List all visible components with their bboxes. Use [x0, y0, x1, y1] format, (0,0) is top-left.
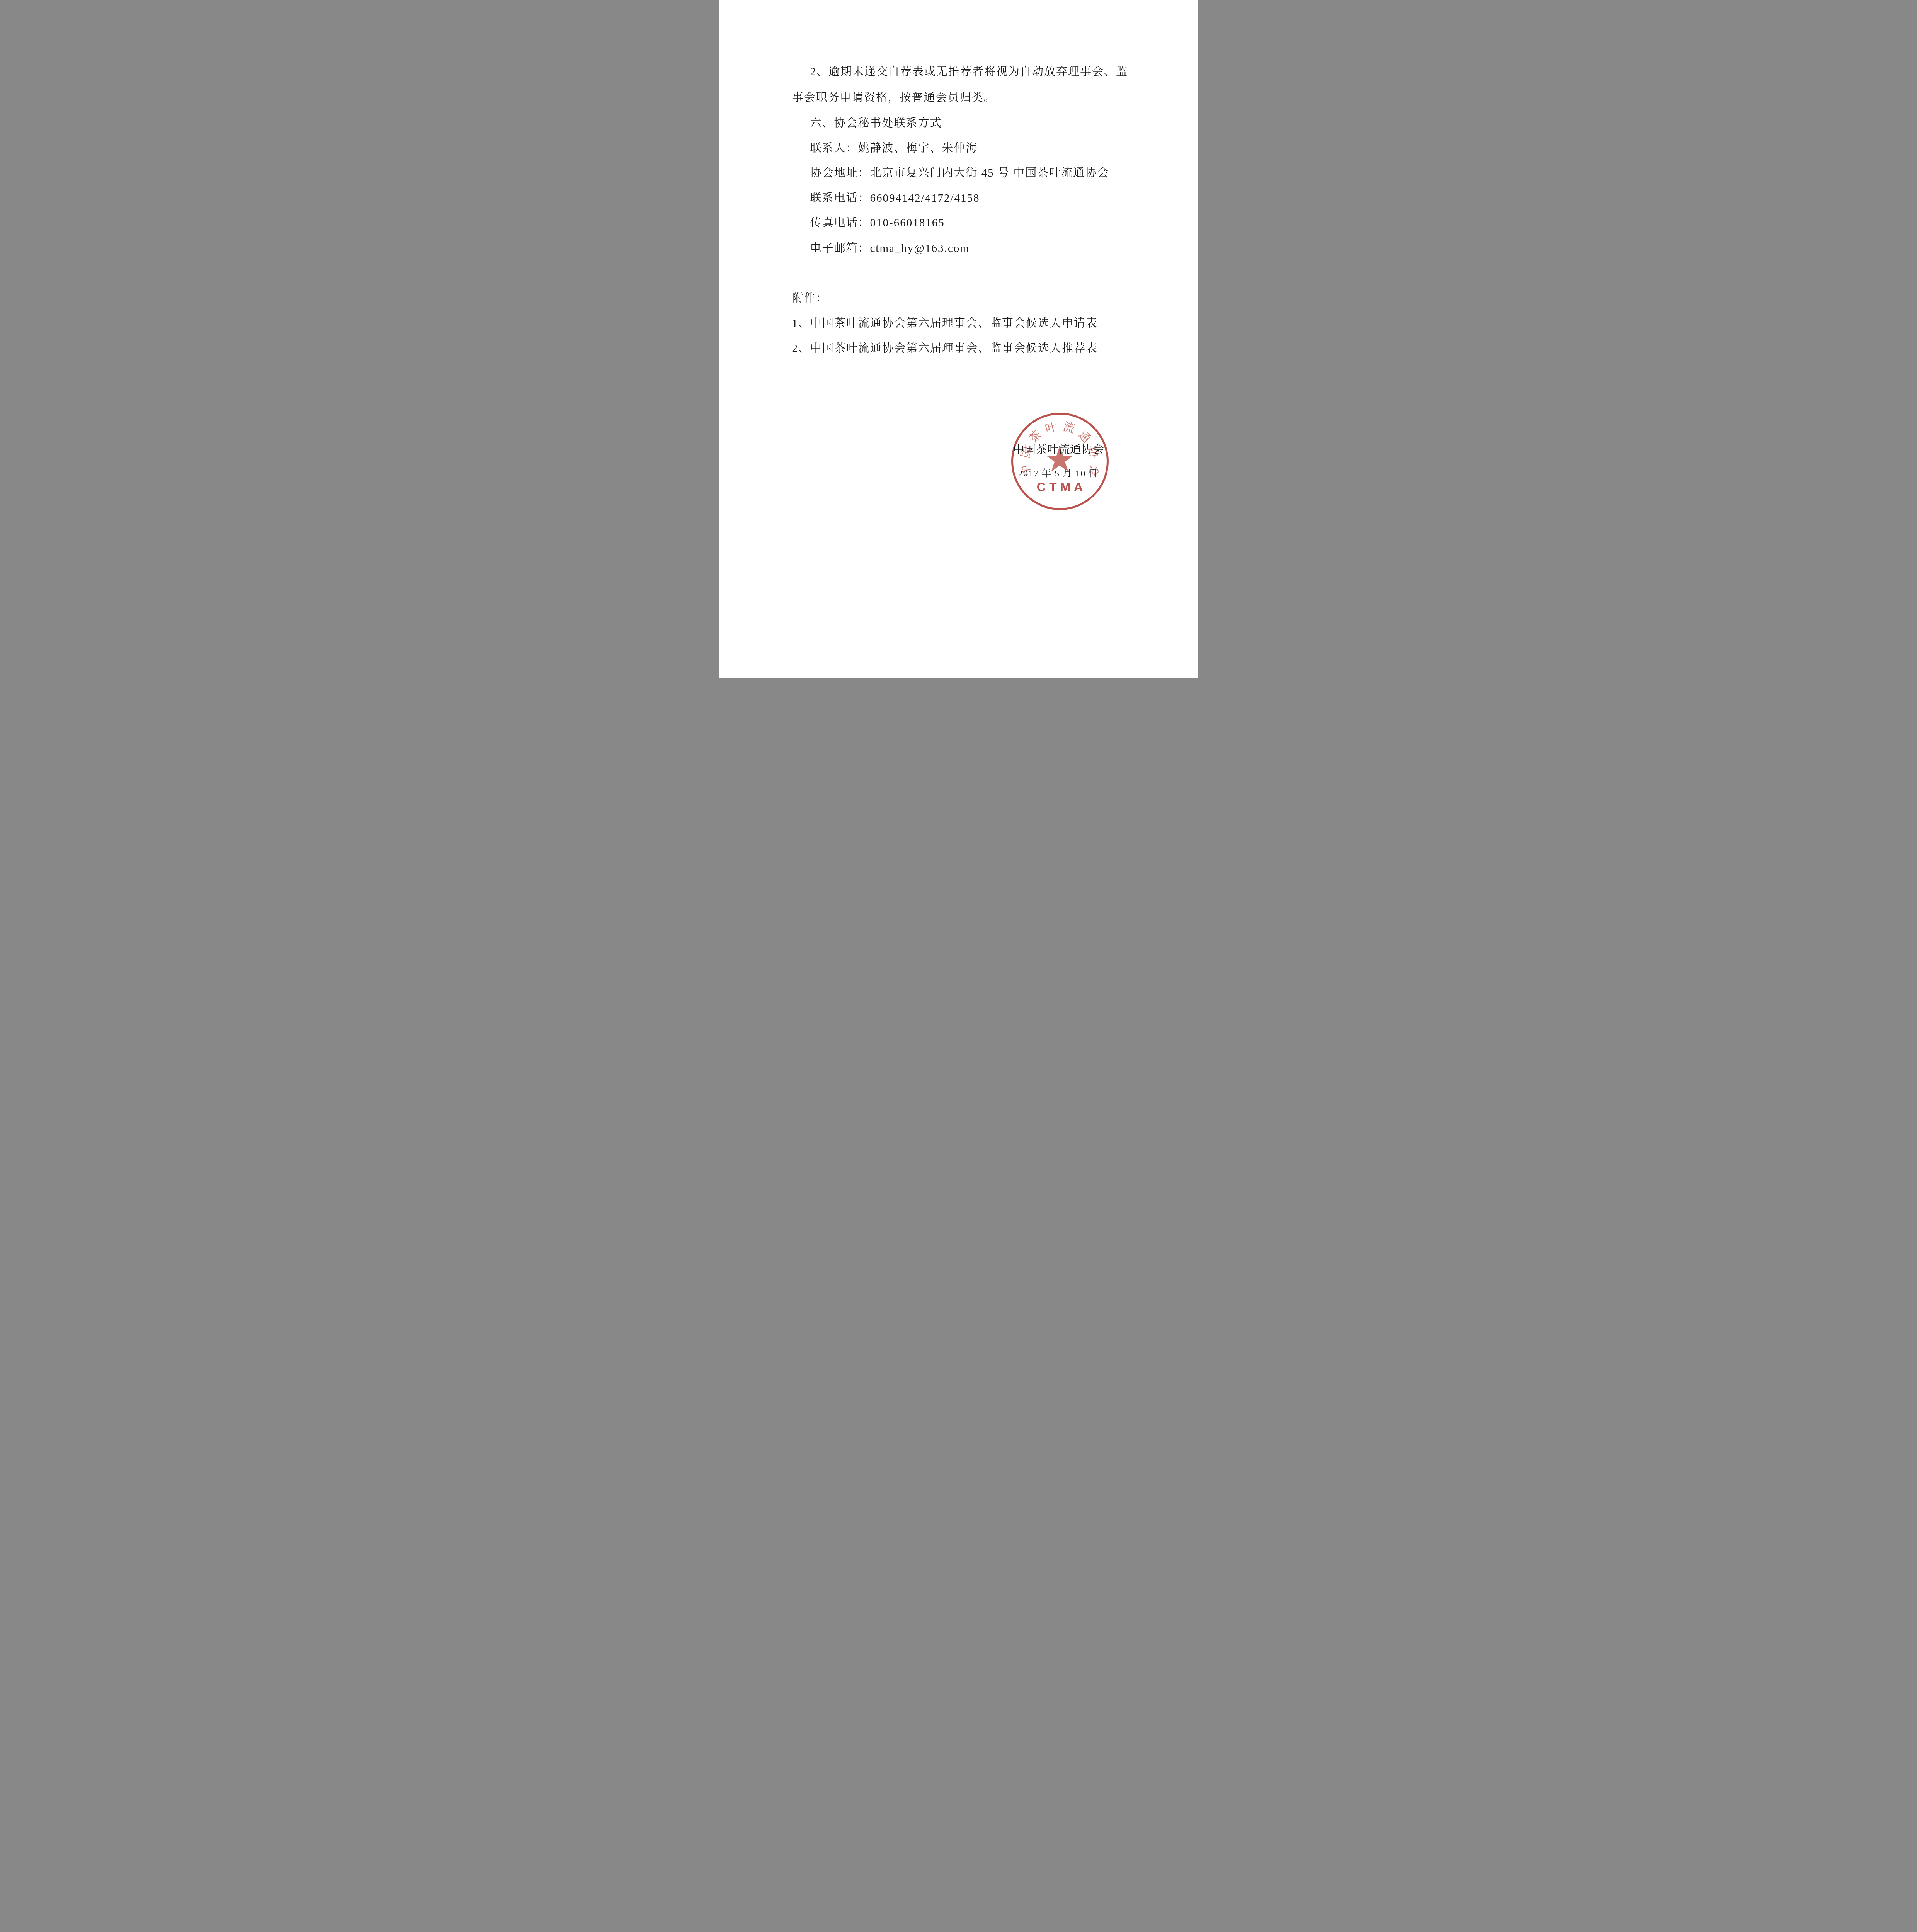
body-paragraph-line-1: 2、逾期未递交自荐表或无推荐者将视为自动放弃理事会、监: [810, 66, 1128, 78]
attachment-item-2: 2、中国茶叶流通协会第六届理事会、监事会候选人推荐表: [792, 342, 1098, 355]
signature-org-name: 中国茶叶流通协会: [1013, 444, 1104, 456]
attachments-heading: 附件：: [792, 292, 828, 305]
seal-arc-char: 通: [1075, 426, 1095, 446]
contact-person-line: 联系人：姚静波、梅宇、朱仲海: [810, 142, 978, 155]
address-line: 协会地址：北京市复兴门内大街 45 号 中国茶叶流通协会: [810, 167, 1109, 180]
seal-arc-char: 叶: [1043, 417, 1058, 436]
email-line: 电子邮箱：ctma_hy@163.com: [810, 242, 970, 255]
seal-arc-char: 流: [1061, 417, 1077, 436]
attachment-item-1: 1、中国茶叶流通协会第六届理事会、监事会候选人申请表: [792, 317, 1098, 330]
document-page: 2、逾期未递交自荐表或无推荐者将视为自动放弃理事会、监 事会职务申请资格，按普通…: [719, 0, 1198, 678]
body-paragraph-line-2: 事会职务申请资格，按普通会员归类。: [792, 92, 996, 104]
section-heading: 六、协会秘书处联系方式: [810, 117, 942, 130]
seal-acronym: CTMA: [1033, 480, 1086, 493]
signature-date: 2017 年 5 月 10 日: [1018, 469, 1099, 479]
seal-arc-char: 茶: [1024, 426, 1044, 446]
phone-line: 联系电话：66094142/4172/4158: [810, 192, 980, 205]
fax-line: 传真电话：010-66018165: [810, 217, 945, 230]
official-seal-stamp: 中 国 茶 叶 流 通 协 会 ★ CTMA: [1011, 413, 1109, 510]
